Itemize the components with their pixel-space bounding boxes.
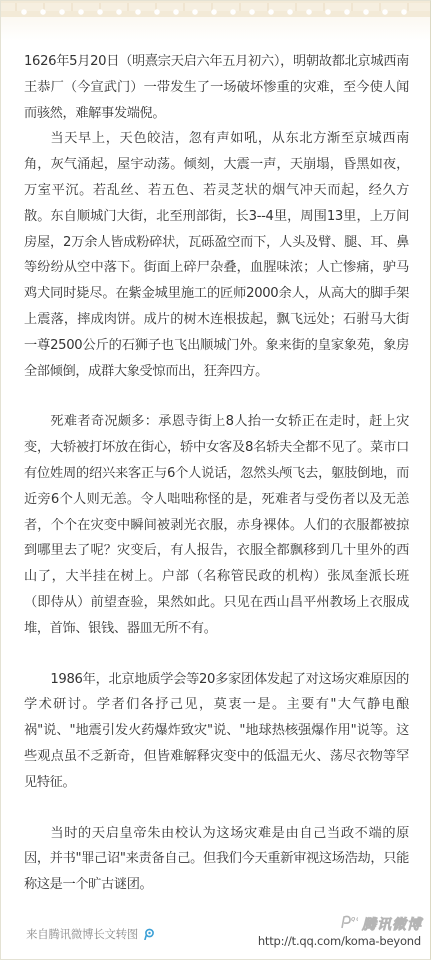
paragraph-5: 当时的天启皇帝朱由校认为这场灾难是由自己当政不端的原因，并书"罪己诏"来责备自己…: [24, 821, 409, 898]
watermark-logo: QQ 腾讯微博: [257, 915, 422, 932]
article-body: 1626年5月20日（明熹宗天启六年五月初六），明朝故都北京城西南王恭厂（今宣武…: [24, 49, 409, 898]
paragraph-3: 死难者奇况颇多：承恩寺街上8人抬一女轿正在走时，赶上灾变，大轿被打坏放在街心，轿…: [24, 409, 409, 641]
tencent-weibo-watermark: QQ 腾讯微博 http://t.qq.com/koma-beyond: [257, 915, 422, 948]
watermark-logo-text: 腾讯微博: [362, 914, 422, 934]
long-text-image: 1626年5月20日（明熹宗天启六年五月初六），明朝故都北京城西南王恭厂（今宣武…: [0, 0, 431, 960]
tencent-weibo-icon[interactable]: [143, 928, 155, 940]
watermark-url: http://t.qq.com/koma-beyond: [257, 934, 422, 948]
source-attribution: 来自腾讯微博长文转图: [26, 926, 155, 942]
paragraph-4: 1986年，北京地质学会等20多家团体发起了对这场灾难原因的学术研讨。学者们各抒…: [24, 667, 409, 796]
header-dot-pattern: [21, 9, 410, 16]
paragraph-1: 1626年5月20日（明熹宗天启六年五月初六），明朝故都北京城西南王恭厂（今宣武…: [24, 49, 409, 126]
source-label: 来自腾讯微博长文转图: [26, 926, 138, 942]
decorative-header-strip: [1, 1, 430, 17]
paragraph-2: 当天早上，天色皎洁，忽有声如吼，从东北方渐至京城西南角，灰气涌起，屋宇动荡。倾刻…: [24, 126, 409, 384]
tencent-weibo-p-icon: QQ: [336, 914, 358, 934]
svg-text:QQ: QQ: [351, 917, 358, 923]
